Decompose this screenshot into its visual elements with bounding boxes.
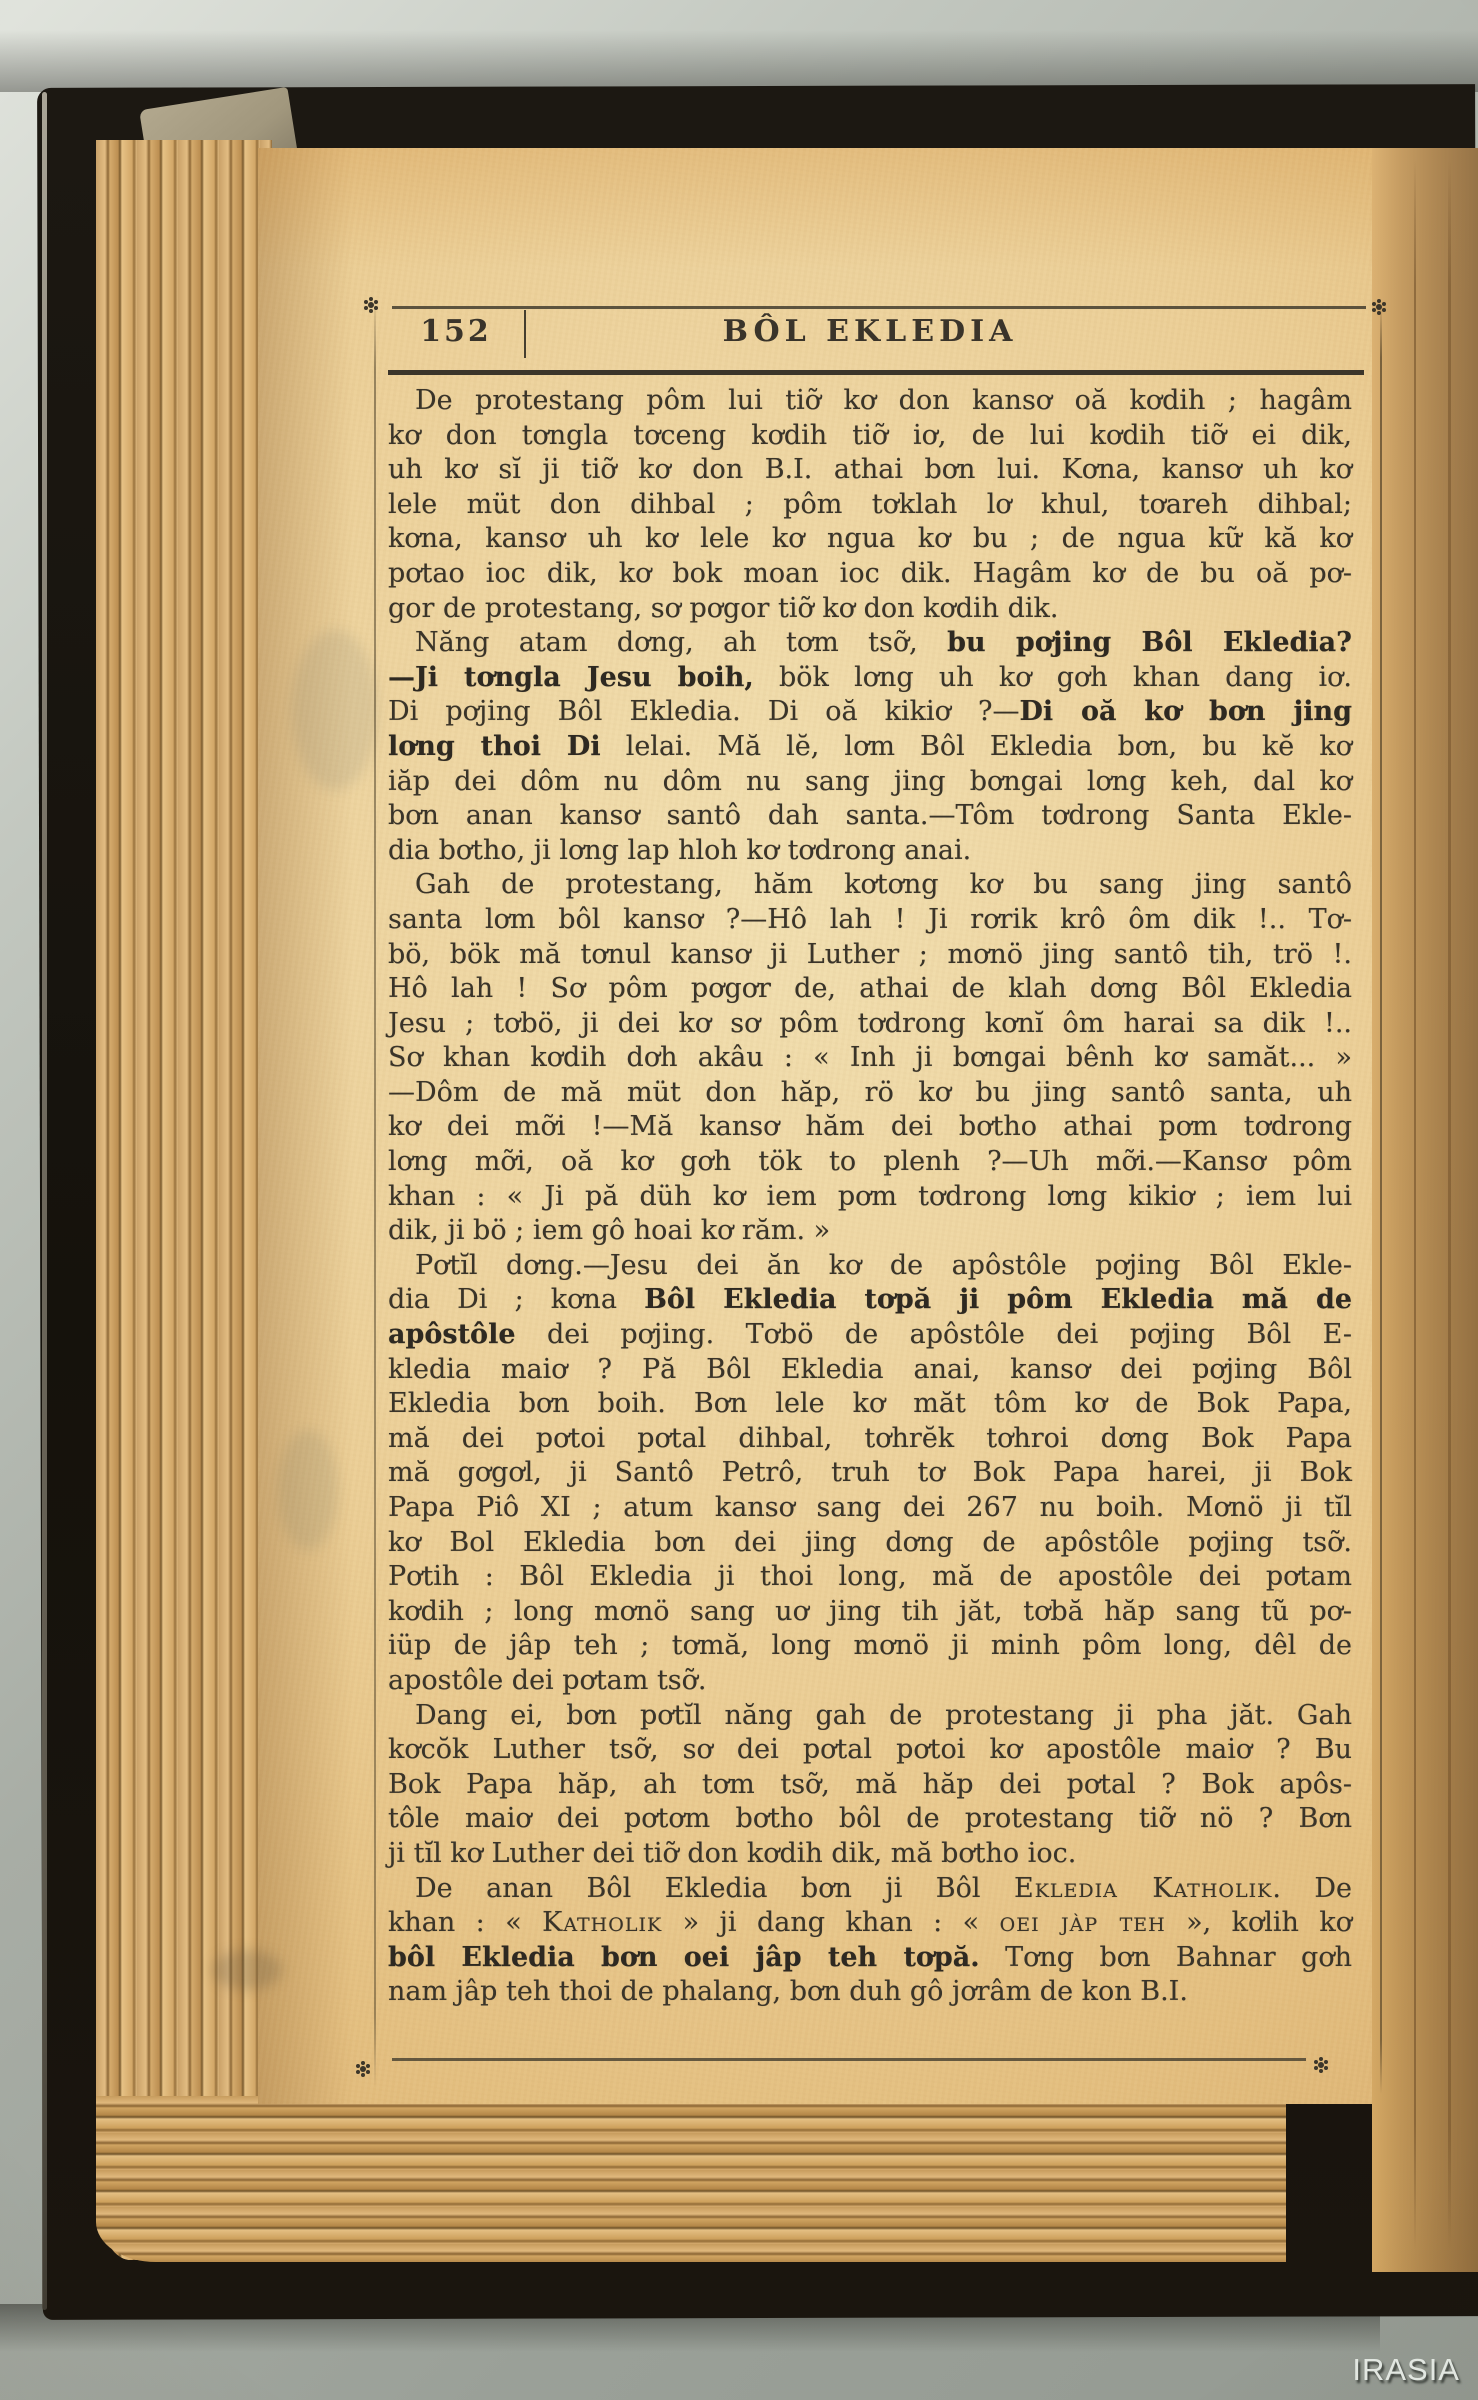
text: kơ don tơngla tơceng kơdih tiỡ iơ, de lu… bbox=[388, 420, 1352, 451]
fleuron-ornament-bottom-right-icon bbox=[1318, 2062, 1324, 2068]
text: santa lơm bôl kansơ ?—Hô lah ! Ji rơrik … bbox=[388, 904, 1352, 935]
text: gor de protestang, sơ pơgor tiỡ kơ don k… bbox=[388, 593, 1058, 624]
text-line: kơ dei mỡi !—Mă kansơ hăm dei bơtho atha… bbox=[388, 1110, 1352, 1145]
text-line: —Ji tơngla Jesu boih, bök lơng uh kơ gơh… bbox=[388, 661, 1352, 696]
gutter-fold-line bbox=[1448, 160, 1451, 2250]
text: lơng mỡi, oă kơ gơh tök to plenh ?—Uh mỡ… bbox=[388, 1146, 1352, 1177]
text-line: khan : « Katholik » ji dang khan : « oei… bbox=[388, 1906, 1352, 1941]
header-top-rule bbox=[392, 306, 1366, 309]
text-line: Năng atam dơng, ah tơm tsỡ, bu pơjing Bô… bbox=[388, 626, 1352, 661]
fleuron-ornament-bottom-left-icon bbox=[360, 2066, 366, 2072]
text: tôle maiơ dei pơtơm bơtho bôl de protest… bbox=[388, 1803, 1352, 1834]
text-line: gor de protestang, sơ pơgor tiỡ kơ don k… bbox=[388, 592, 1352, 627]
text: iüp de jâp teh ; tơmă, long mơnö ji minh… bbox=[388, 1630, 1352, 1661]
text-line: apôstôle dei pơjing. Tơbö de apôstôle de… bbox=[388, 1318, 1352, 1353]
text-line: Bok Papa hăp, ah tơm tsỡ, mă hăp dei pơt… bbox=[388, 1768, 1352, 1803]
text-line: pơtao ioc dik, kơ bok moan ioc dik. Hagâ… bbox=[388, 557, 1352, 592]
text: bơn anan kansơ santô dah santa.—Tôm tơdr… bbox=[388, 800, 1352, 831]
text-line: Pơtih : Bôl Ekledia ji thoi long, mă de … bbox=[388, 1560, 1352, 1595]
page-stack-bottom-edge bbox=[96, 2096, 1286, 2262]
fleuron-ornament-top-right-icon bbox=[1376, 304, 1382, 310]
text: » ji dang khan : « bbox=[662, 1907, 999, 1938]
text: khan : « bbox=[388, 1907, 542, 1938]
smallcaps-text: oei jàp teh bbox=[1000, 1907, 1166, 1938]
text: dia bơtho, ji lơng lap hloh kơ tơdrong a… bbox=[388, 835, 971, 866]
text: Ekledia bơn boih. Bơn lele kơ măt tôm kơ… bbox=[388, 1388, 1352, 1419]
text: —Dôm de mă müt don hăp, rö kơ bu jing sa… bbox=[388, 1077, 1352, 1108]
bold-text: —Ji tơngla Jesu boih, bbox=[388, 662, 754, 693]
smallcaps-text: Ekledia Katholik bbox=[1014, 1873, 1272, 1904]
paper-stain bbox=[212, 1950, 282, 1990]
text-line: kơna, kansơ uh kơ lele kơ ngua kơ bu ; d… bbox=[388, 522, 1352, 557]
text: kơdih ; long mơnö sang uơ jing tih jăt, … bbox=[388, 1596, 1352, 1627]
text: mă gơgơl, ji Santô Petrô, truh tơ Bok Pa… bbox=[388, 1457, 1352, 1488]
body-text: De protestang pôm lui tiỡ kơ don kansơ o… bbox=[388, 384, 1352, 2010]
text-line: lơng thoi Di lelai. Mă lĕ, lơm Bôl Ekled… bbox=[388, 730, 1352, 765]
text-line: kơcŏk Luther tsỡ, sơ dei pơtal pơtoi kơ … bbox=[388, 1733, 1352, 1768]
text-line: kơdih ; long mơnö sang uơ jing tih jăt, … bbox=[388, 1595, 1352, 1630]
text-line: Hô lah ! Sơ pôm pơgơr de, athai de klah … bbox=[388, 972, 1352, 1007]
text: kơcŏk Luther tsỡ, sơ dei pơtal pơtoi kơ … bbox=[388, 1734, 1352, 1765]
text: bök lơng uh kơ gơh khan dang iơ. bbox=[754, 662, 1352, 693]
text-line: apostôle dei pơtam tsỡ. bbox=[388, 1664, 1352, 1699]
text-line: santa lơm bôl kansơ ?—Hô lah ! Ji rơrik … bbox=[388, 903, 1352, 938]
text: kơ dei mỡi !—Mă kansơ hăm dei bơtho atha… bbox=[388, 1111, 1352, 1142]
text-line: khan : « Ji pă düh kơ iem pơm tơdrong lơ… bbox=[388, 1180, 1352, 1215]
paper-stain bbox=[278, 1430, 338, 1550]
text: Jesu ; tơbö, ji dei kơ sơ pôm tơdrong kơ… bbox=[388, 1008, 1352, 1039]
bold-text: Di oă kơ bơn jing bbox=[1019, 696, 1352, 727]
text-line: lele müt don dihbal ; pôm tơklah lơ khul… bbox=[388, 488, 1352, 523]
text: Hô lah ! Sơ pôm pơgơr de, athai de klah … bbox=[388, 973, 1352, 1004]
text-line: Sơ khan kơdih dơh akâu : « Inh ji bơngai… bbox=[388, 1041, 1352, 1076]
text: khan : « Ji pă düh kơ iem pơm tơdrong lơ… bbox=[388, 1181, 1352, 1212]
text-line: uh kơ sĭ ji tiỡ kơ don B.I. athai bơn lu… bbox=[388, 453, 1352, 488]
text: Pơtih : Bôl Ekledia ji thoi long, mă de … bbox=[388, 1561, 1352, 1592]
book-top-contact-shadow bbox=[0, 30, 1478, 92]
gutter-fold-line bbox=[1414, 160, 1416, 2250]
text-line: dik, ji bö ; iem gô hoai kơ răm. » bbox=[388, 1214, 1352, 1249]
text: Sơ khan kơdih dơh akâu : « Inh ji bơngai… bbox=[388, 1042, 1352, 1073]
text-line: iüp de jâp teh ; tơmă, long mơnö ji minh… bbox=[388, 1629, 1352, 1664]
text: pơtao ioc dik, kơ bok moan ioc dik. Hagâ… bbox=[388, 558, 1352, 589]
bold-text: Bôl Ekledia tơpă ji pôm Ekledia mă de bbox=[644, 1284, 1352, 1315]
text: dei pơjing. Tơbö de apôstôle dei pơjing … bbox=[516, 1319, 1353, 1350]
text: kledia maiơ ? Pă Bôl Ekledia anai, kansơ… bbox=[388, 1354, 1352, 1385]
text: lele müt don dihbal ; pôm tơklah lơ khul… bbox=[388, 489, 1352, 520]
text-line: bơn anan kansơ santô dah santa.—Tôm tơdr… bbox=[388, 799, 1352, 834]
footer-rule bbox=[392, 2058, 1306, 2061]
text: dik, ji bö ; iem gô hoai kơ răm. » bbox=[388, 1215, 830, 1246]
bold-text: lơng thoi Di bbox=[388, 731, 601, 762]
smallcaps-text: Katholik bbox=[542, 1907, 662, 1938]
text-line: —Dôm de mă müt don hăp, rö kơ bu jing sa… bbox=[388, 1076, 1352, 1111]
watermark-label: IRASIA bbox=[1352, 2352, 1460, 2388]
text-line: kledia maiơ ? Pă Bôl Ekledia anai, kansơ… bbox=[388, 1353, 1352, 1388]
text: Di pơjing Bôl Ekledia. Di oă kikiơ ?— bbox=[388, 696, 1019, 727]
text-line: dia bơtho, ji lơng lap hloh kơ tơdrong a… bbox=[388, 834, 1352, 869]
right-margin-crease bbox=[1380, 304, 1382, 2094]
text: De anan Bôl Ekledia bơn ji Bôl bbox=[415, 1873, 1014, 1904]
text-line: Di pơjing Bôl Ekledia. Di oă kikiơ ?—Di … bbox=[388, 695, 1352, 730]
text-line: Pơtĭl dơng.—Jesu dei ăn kơ de apôstôle p… bbox=[388, 1249, 1352, 1284]
text-line: nam jâp teh thoi de phalang, bơn duh gô … bbox=[388, 1975, 1352, 2010]
bold-text: bôl Ekledia bơn oei jâp teh tơpă. bbox=[388, 1942, 980, 1973]
text-line: bôl Ekledia bơn oei jâp teh tơpă. Tơng b… bbox=[388, 1941, 1352, 1976]
text-line: bö, bök mă tơnul kansơ ji Luther ; mơnö … bbox=[388, 938, 1352, 973]
text-line: Dang ei, bơn pơtĭl năng gah de protestan… bbox=[388, 1699, 1352, 1734]
text: Gah de protestang, hăm kơtơng kơ bu sang… bbox=[415, 869, 1352, 900]
text-line: mă gơgơl, ji Santô Petrô, truh tơ Bok Pa… bbox=[388, 1456, 1352, 1491]
text-line: Papa Piô XI ; atum kansơ sang dei 267 nu… bbox=[388, 1491, 1352, 1526]
text: lelai. Mă lĕ, lơm Bôl Ekledia bơn, bu kĕ… bbox=[601, 731, 1352, 762]
page-title: BÔL EKLEDIA bbox=[388, 314, 1352, 349]
scanner-background: 152 BÔL EKLEDIA De protestang pôm lui ti… bbox=[0, 0, 1478, 2400]
text-line: kơ don tơngla tơceng kơdih tiỡ iơ, de lu… bbox=[388, 419, 1352, 454]
text: », kơlih kơ bbox=[1166, 1907, 1352, 1938]
text-line: Jesu ; tơbö, ji dei kơ sơ pôm tơdrong kơ… bbox=[388, 1007, 1352, 1042]
text-line: Gah de protestang, hăm kơtơng kơ bu sang… bbox=[388, 868, 1352, 903]
text: Bok Papa hăp, ah tơm tsỡ, mă hăp dei pơt… bbox=[388, 1769, 1352, 1800]
text: ji tĭl kơ Luther dei tiỡ don kơdih dik, … bbox=[388, 1838, 1076, 1869]
text-line: De protestang pôm lui tiỡ kơ don kansơ o… bbox=[388, 384, 1352, 419]
text: Tơng bơn Bahnar gơh bbox=[980, 1942, 1352, 1973]
text: apostôle dei pơtam tsỡ. bbox=[388, 1665, 707, 1696]
text-line: mă dei pơtoi pơtal dihbal, tơhrĕk tơhroi… bbox=[388, 1422, 1352, 1457]
text-line: Ekledia bơn boih. Bơn lele kơ măt tôm kơ… bbox=[388, 1387, 1352, 1422]
bold-text: apôstôle bbox=[388, 1319, 516, 1350]
text-line: dia Di ; kơna Bôl Ekledia tơpă ji pôm Ek… bbox=[388, 1283, 1352, 1318]
text: mă dei pơtoi pơtal dihbal, tơhrĕk tơhroi… bbox=[388, 1423, 1352, 1454]
text: De protestang pôm lui tiỡ kơ don kansơ o… bbox=[415, 385, 1352, 416]
text: bö, bök mă tơnul kansơ ji Luther ; mơnö … bbox=[388, 939, 1352, 970]
text-line: kơ Bol Ekledia bơn dei jing dơng de apôs… bbox=[388, 1526, 1352, 1561]
header-bottom-rule bbox=[388, 370, 1364, 375]
text-line: De anan Bôl Ekledia bơn ji Bôl Ekledia K… bbox=[388, 1872, 1352, 1907]
text: Pơtĭl dơng.—Jesu dei ăn kơ de apôstôle p… bbox=[415, 1250, 1352, 1281]
text: kơna, kansơ uh kơ lele kơ ngua kơ bu ; d… bbox=[388, 523, 1352, 554]
text: Papa Piô XI ; atum kansơ sang dei 267 nu… bbox=[388, 1492, 1352, 1523]
book-cover-spine-highlight bbox=[42, 92, 47, 2310]
text-line: tôle maiơ dei pơtơm bơtho bôl de protest… bbox=[388, 1802, 1352, 1837]
fleuron-ornament-top-left-icon bbox=[368, 302, 374, 308]
text: dia Di ; kơna bbox=[388, 1284, 644, 1315]
text-line: lơng mỡi, oă kơ gơh tök to plenh ?—Uh mỡ… bbox=[388, 1145, 1352, 1180]
paper-stain bbox=[292, 630, 378, 790]
text: Dang ei, bơn pơtĭl năng gah de protestan… bbox=[415, 1700, 1352, 1731]
text: nam jâp teh thoi de phalang, bơn duh gô … bbox=[388, 1976, 1188, 2007]
page-gutter-fold bbox=[1372, 148, 1478, 2272]
text: . De bbox=[1272, 1873, 1352, 1904]
bold-text: bu pơjing Bôl Ekledia? bbox=[947, 627, 1352, 658]
text-line: ji tĭl kơ Luther dei tiỡ don kơdih dik, … bbox=[388, 1837, 1352, 1872]
page-stack-left-edge bbox=[96, 140, 272, 2260]
left-margin-crease bbox=[374, 298, 376, 2088]
text-line: iăp dei dôm nu dôm nu sang jing bơngai l… bbox=[388, 765, 1352, 800]
text: Năng atam dơng, ah tơm tsỡ, bbox=[415, 627, 947, 658]
text: kơ Bol Ekledia bơn dei jing dơng de apôs… bbox=[388, 1527, 1352, 1558]
text: uh kơ sĭ ji tiỡ kơ don B.I. athai bơn lu… bbox=[388, 454, 1352, 485]
text: iăp dei dôm nu dôm nu sang jing bơngai l… bbox=[388, 766, 1352, 797]
